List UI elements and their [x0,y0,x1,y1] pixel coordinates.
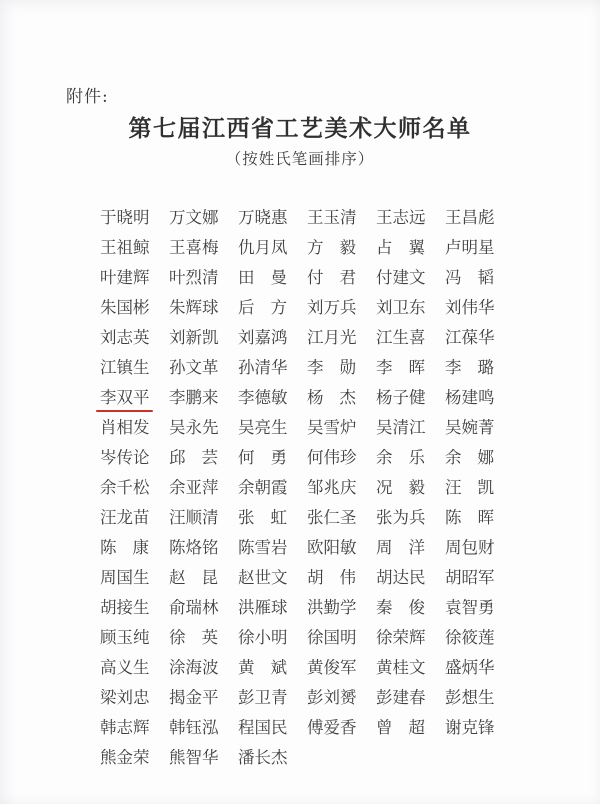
name-item: 王喜梅 [169,237,218,259]
name-item: 周洋 [376,537,425,559]
name-row: 于晓明万文娜万晓惠王玉清王志远王昌彪 [100,203,500,233]
name-item: 方毅 [307,237,356,259]
name-item: 陈雪岩 [238,537,287,559]
name-item: 李勋 [307,357,356,379]
name-item: 盛炳华 [445,657,494,679]
name-item: 黄斌 [238,657,287,679]
name-item: 陈康 [100,537,149,559]
attachment-label: 附件: [66,82,109,107]
name-item: 赵昆 [169,567,218,589]
name-item: 周包财 [445,537,494,559]
name-item: 韩钰泓 [169,717,218,739]
name-item: 胡伟 [307,567,356,589]
name-item: 王玉清 [307,207,356,229]
name-item: 余娜 [445,447,494,469]
name-item: 傅爱香 [307,717,356,739]
name-item: 张为兵 [376,507,425,529]
name-item: 揭金平 [169,687,218,709]
name-item: 余乐 [376,447,425,469]
name-item: 万晓惠 [238,207,287,229]
name-row: 叶建辉叶烈清田曼付君付建文冯韬 [100,263,500,293]
name-item: 徐荣辉 [376,627,425,649]
name-item: 何伟珍 [307,447,356,469]
name-item: 周国生 [100,567,149,589]
page-subtitle: （按姓氏笔画排序） [0,147,600,169]
name-item: 陈烙铭 [169,537,218,559]
names-grid: 于晓明万文娜万晓惠王玉清王志远王昌彪王祖鲸王喜梅仇月凤方毅占翼卢明星叶建辉叶烈清… [100,203,500,773]
name-item: 高义生 [100,657,149,679]
name-item: 江生喜 [376,327,425,349]
name-item: 梁刘忠 [100,687,149,709]
name-row: 汪龙苗汪顺清张虹张仁圣张为兵陈晖 [100,503,500,533]
name-item: 肖相发 [100,417,149,439]
name-item: 彭刘赟 [307,687,356,709]
name-item: 徐小明 [238,627,287,649]
name-item: 熊智华 [169,747,218,769]
name-item: 仇月凤 [238,237,287,259]
name-row: 岑传论邱芸何勇何伟珍余乐余娜 [100,443,500,473]
name-item: 余朝霞 [238,477,287,499]
document-page: 附件: 第七届江西省工艺美术大师名单 （按姓氏笔画排序） 于晓明万文娜万晓惠王玉… [0,0,600,804]
name-item: 汪凯 [445,477,494,499]
name-item: 邱芸 [169,447,218,469]
name-row: 韩志辉韩钰泓程国民傅爱香曾超谢克锋 [100,713,500,743]
name-row: 陈康陈烙铭陈雪岩欧阳敏周洋周包财 [100,533,500,563]
name-item: 占翼 [376,237,425,259]
name-item-highlighted: 李双平 [100,387,149,409]
name-item: 顾玉纯 [100,627,149,649]
name-item: 刘卫东 [376,297,425,319]
name-item: 刘万兵 [307,297,356,319]
name-item: 卢明星 [445,237,494,259]
name-item: 陈晖 [445,507,494,529]
name-item: 俞瑞林 [169,597,218,619]
name-row: 江镇生孙文革孙清华李勋李晖李璐 [100,353,500,383]
name-row: 李双平李鹏来李德敏杨杰杨子健杨建鸣 [100,383,500,413]
name-item: 杨子健 [376,387,425,409]
name-row: 王祖鲸王喜梅仇月凤方毅占翼卢明星 [100,233,500,263]
name-item: 徐筱莲 [445,627,494,649]
name-row: 高义生涂海波黄斌黄俊军黄桂文盛炳华 [100,653,500,683]
name-item: 胡昭军 [445,567,494,589]
name-item: 刘志英 [100,327,149,349]
name-item: 万文娜 [169,207,218,229]
name-item: 王昌彪 [445,207,494,229]
name-row: 熊金荣熊智华潘长杰 [100,743,500,773]
name-item: 刘嘉鸿 [238,327,287,349]
name-item: 杨建鸣 [445,387,494,409]
name-item: 徐英 [169,627,218,649]
name-item: 吴亮生 [238,417,287,439]
name-item: 黄俊军 [307,657,356,679]
name-item: 叶建辉 [100,267,149,289]
name-item: 熊金荣 [100,747,149,769]
name-item: 徐国明 [307,627,356,649]
name-item: 孙文革 [169,357,218,379]
name-item: 赵世文 [238,567,287,589]
name-item: 袁智勇 [445,597,494,619]
name-item: 孙清华 [238,357,287,379]
name-item: 胡达民 [376,567,425,589]
name-item: 李鹏来 [169,387,218,409]
name-item: 况毅 [376,477,425,499]
name-row: 刘志英刘新凯刘嘉鸿江月光江生喜江葆华 [100,323,500,353]
name-row: 胡接生俞瑞林洪雁球洪勤学秦俊袁智勇 [100,593,500,623]
name-item: 谢克锋 [445,717,494,739]
name-item: 张仁圣 [307,507,356,529]
name-item: 汪龙苗 [100,507,149,529]
name-item: 何勇 [238,447,287,469]
name-item: 欧阳敏 [307,537,356,559]
name-item: 叶烈清 [169,267,218,289]
name-item: 冯韬 [445,267,494,289]
name-item: 洪勤学 [307,597,356,619]
name-item: 秦俊 [376,597,425,619]
name-item: 吴婉菁 [445,417,494,439]
name-item: 余千松 [100,477,149,499]
name-row: 朱国彬朱辉球后方刘万兵刘卫东刘伟华 [100,293,500,323]
name-item: 后方 [238,297,287,319]
name-item: 韩志辉 [100,717,149,739]
name-item: 黄桂文 [376,657,425,679]
name-item: 洪雁球 [238,597,287,619]
name-item: 刘伟华 [445,297,494,319]
name-item: 王祖鲸 [100,237,149,259]
name-item: 朱国彬 [100,297,149,319]
name-item: 江镇生 [100,357,149,379]
name-item: 江月光 [307,327,356,349]
name-item: 李璐 [445,357,494,379]
name-item: 江葆华 [445,327,494,349]
name-item: 彭想生 [445,687,494,709]
name-row: 梁刘忠揭金平彭卫青彭刘赟彭建春彭想生 [100,683,500,713]
name-item: 杨杰 [307,387,356,409]
name-item: 彭卫青 [238,687,287,709]
name-item: 田曼 [238,267,287,289]
name-item: 胡接生 [100,597,149,619]
name-item: 岑传论 [100,447,149,469]
name-item: 于晓明 [100,207,149,229]
name-item: 吴永先 [169,417,218,439]
name-item: 朱辉球 [169,297,218,319]
name-item: 刘新凯 [169,327,218,349]
name-item: 付建文 [376,267,425,289]
name-item: 程国民 [238,717,287,739]
name-item: 王志远 [376,207,425,229]
name-item: 潘长杰 [238,747,287,769]
name-item: 汪顺清 [169,507,218,529]
red-underline [96,410,153,413]
name-item: 曾超 [376,717,425,739]
name-row: 余千松余亚萍余朝霞邹兆庆况毅汪凯 [100,473,500,503]
name-item: 张虹 [238,507,287,529]
name-item: 邹兆庆 [307,477,356,499]
page-title: 第七届江西省工艺美术大师名单 [0,110,600,143]
name-item: 吴清江 [376,417,425,439]
name-item: 李晖 [376,357,425,379]
name-item: 吴雪炉 [307,417,356,439]
name-row: 周国生赵昆赵世文胡伟胡达民胡昭军 [100,563,500,593]
name-item: 付君 [307,267,356,289]
name-item: 彭建春 [376,687,425,709]
name-row: 顾玉纯徐英徐小明徐国明徐荣辉徐筱莲 [100,623,500,653]
name-item: 李德敏 [238,387,287,409]
name-item: 涂海波 [169,657,218,679]
name-item: 余亚萍 [169,477,218,499]
name-row: 肖相发吴永先吴亮生吴雪炉吴清江吴婉菁 [100,413,500,443]
